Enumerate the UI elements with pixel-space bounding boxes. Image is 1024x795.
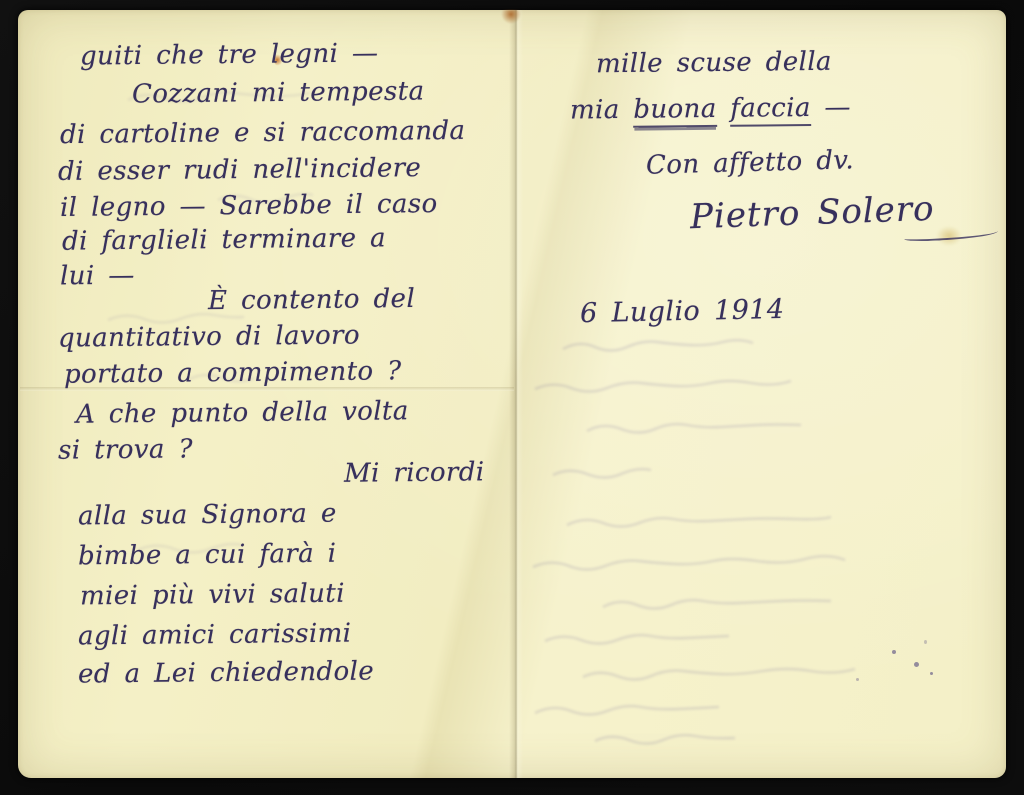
handwritten-line: miei più vivi saluti <box>80 581 345 610</box>
handwritten-line: portato a compimento ? <box>64 358 402 388</box>
handwritten-line: il legno — Sarebbe il caso <box>60 191 438 221</box>
signature-flourish <box>904 228 998 242</box>
letter-paper: guiti che tre legni — Cozzani mi tempest… <box>18 10 1006 778</box>
ink-speck <box>892 650 896 654</box>
handwritten-line: agli amici carissimi <box>78 621 352 650</box>
handwritten-line: È contento del <box>208 286 415 314</box>
handwritten-line: Mi ricordi <box>344 459 485 486</box>
handwritten-line: di cartoline e si raccomanda <box>60 118 466 148</box>
salutation-dash: — <box>824 93 851 123</box>
handwritten-line: di farglieli terminare a <box>62 225 386 254</box>
ink-speck <box>924 640 927 644</box>
scan-background: guiti che tre legni — Cozzani mi tempest… <box>0 0 1024 795</box>
ink-speck <box>856 678 859 681</box>
ink-bleedthrough-right <box>523 335 1001 775</box>
center-fold <box>509 10 523 778</box>
handwritten-line: di esser rudi nell'incidere <box>58 155 422 185</box>
handwritten-line: alla sua Signora e <box>78 501 337 530</box>
ink-speck <box>914 662 919 667</box>
signature: Pietro Solero <box>689 192 935 235</box>
underlined-word: faccia <box>730 93 811 127</box>
date-line: 6 Luglio 1914 <box>580 296 785 327</box>
handwritten-line: quantitativo di lavoro <box>58 322 360 351</box>
handwritten-line: ed a Lei chiedendole <box>78 658 374 687</box>
handwritten-line: Cozzani mi tempesta <box>132 78 425 107</box>
handwritten-line: guiti che tre legni — <box>80 40 379 69</box>
handwritten-line: bimbe a cui farà i <box>78 541 337 570</box>
ink-speck <box>930 672 933 675</box>
handwritten-line-underlined: mia buona faccia — <box>570 95 851 124</box>
underlined-word: buona <box>633 94 717 128</box>
salutation-pre: mia <box>570 95 620 126</box>
handwritten-line: si trova ? <box>58 436 193 463</box>
handwritten-line: A che punto della volta <box>76 398 409 427</box>
handwritten-line: lui — <box>60 263 135 290</box>
closing-line: Con affetto dv. <box>646 147 855 178</box>
handwritten-line: mille scuse della <box>596 49 832 77</box>
